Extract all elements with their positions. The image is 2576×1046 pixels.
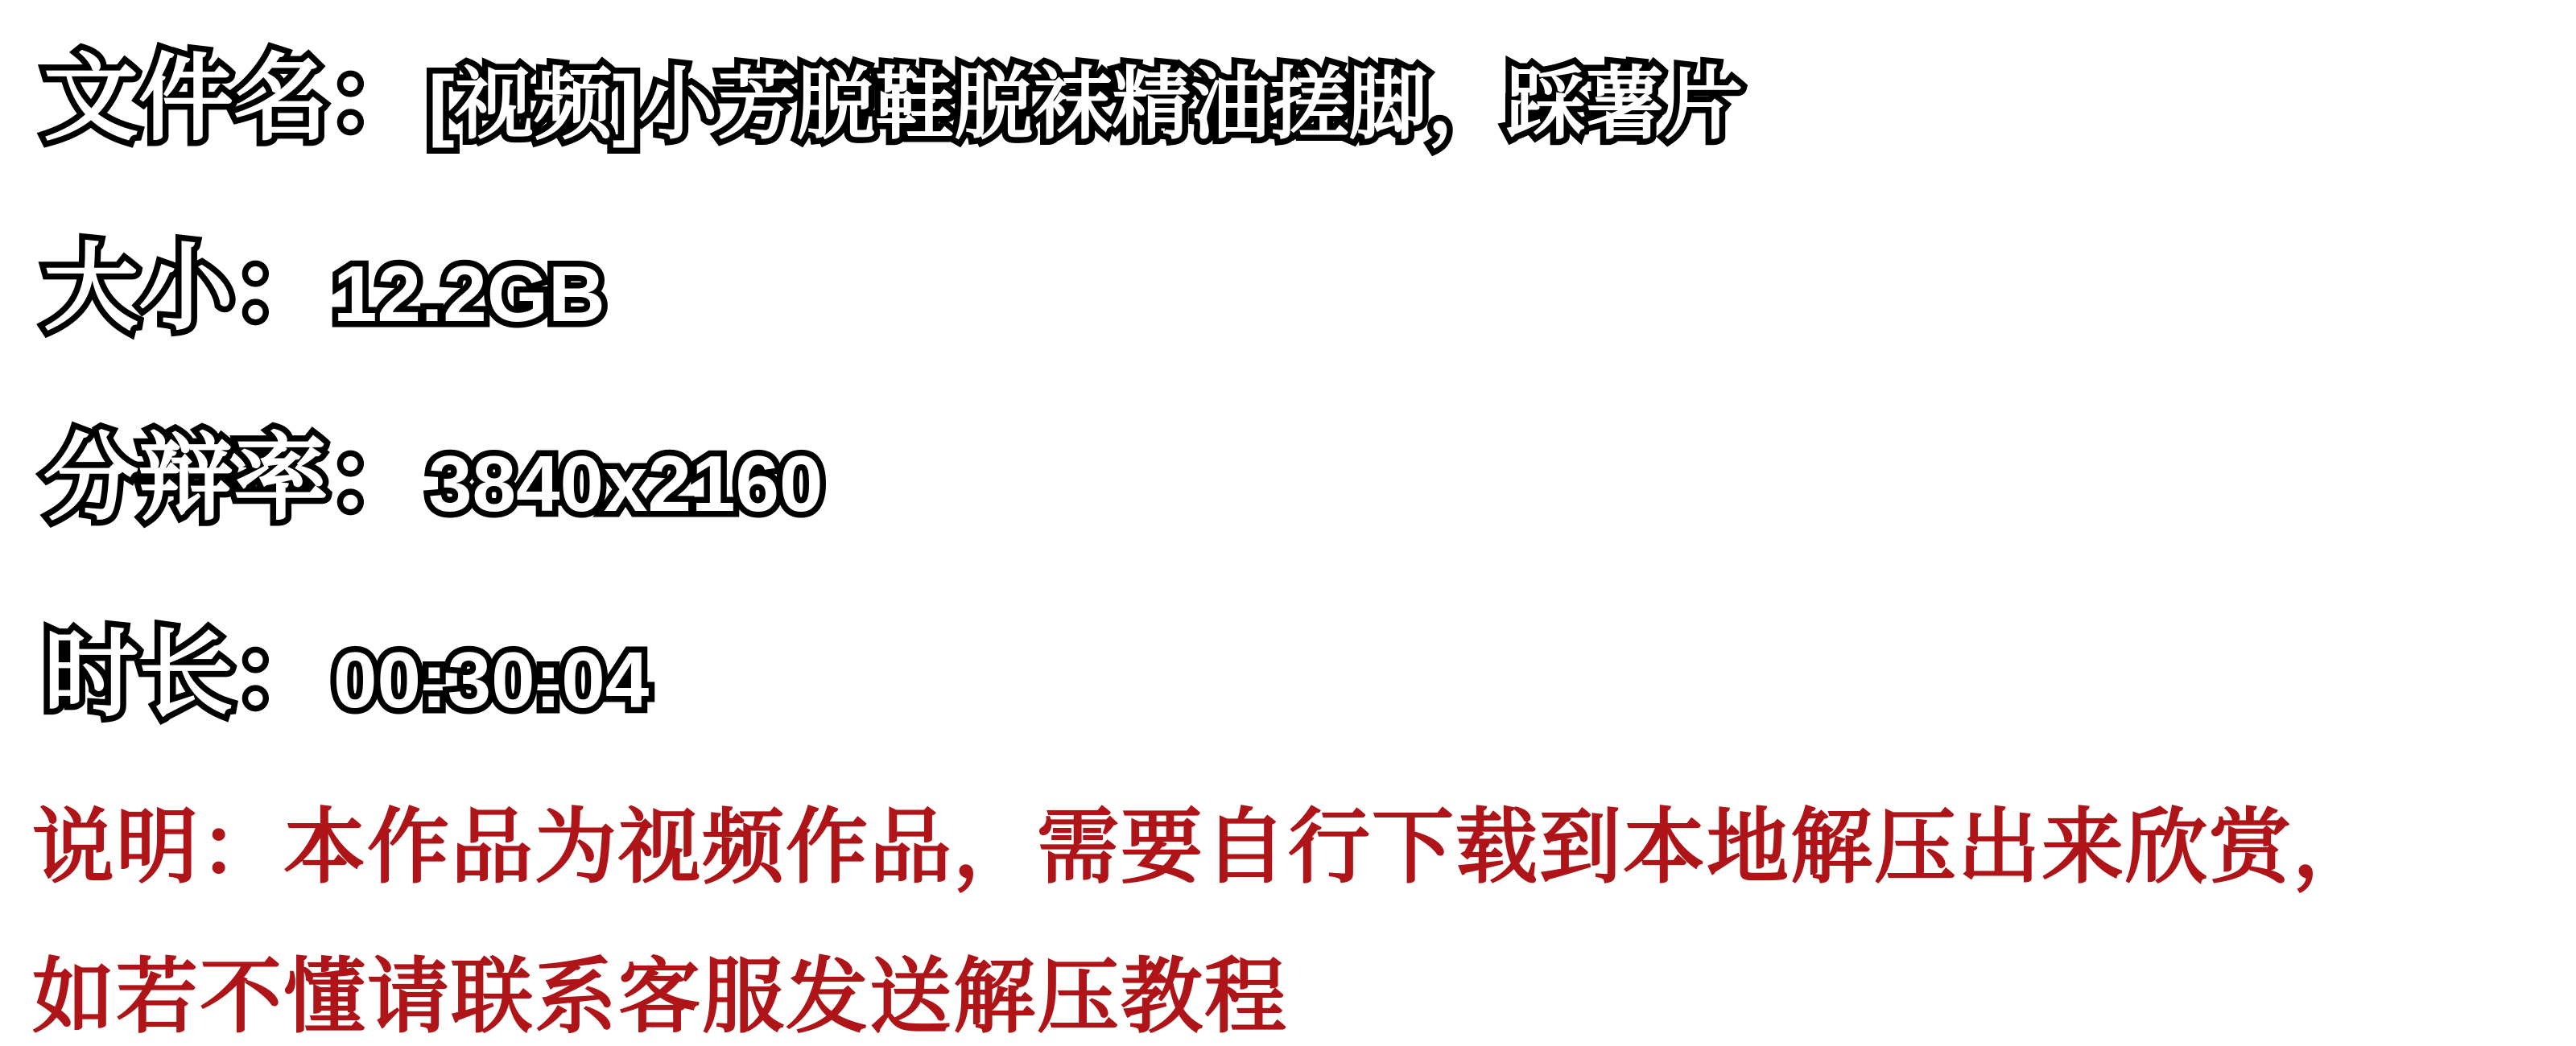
note-text-line-2: 如若不懂请联系客服发送解压教程	[32, 956, 1288, 1038]
file-name-row: 文件名：[视频]小芳脱鞋脱袜精油搓脚，踩薯片	[43, 51, 1743, 146]
resolution-label: 分辩率：	[43, 431, 423, 526]
duration-label: 时长：	[43, 628, 328, 723]
file-size-row: 大小：12.2GB	[43, 241, 605, 336]
note-text-line-1: 说明：本作品为视频作品，需要自行下载到本地解压出来欣赏，	[32, 806, 2376, 888]
duration-row: 时长：00:30:04	[43, 628, 649, 723]
file-size-label: 大小：	[43, 241, 328, 336]
resolution-value: 3840x2160	[428, 444, 824, 523]
duration-value: 00:30:04	[333, 640, 649, 719]
file-name-value: [视频]小芳脱鞋脱袜精油搓脚，踩薯片	[428, 64, 1743, 143]
file-name-label: 文件名：	[43, 51, 423, 146]
file-size-value: 12.2GB	[333, 254, 605, 333]
resolution-row: 分辩率：3840x2160	[43, 431, 824, 526]
